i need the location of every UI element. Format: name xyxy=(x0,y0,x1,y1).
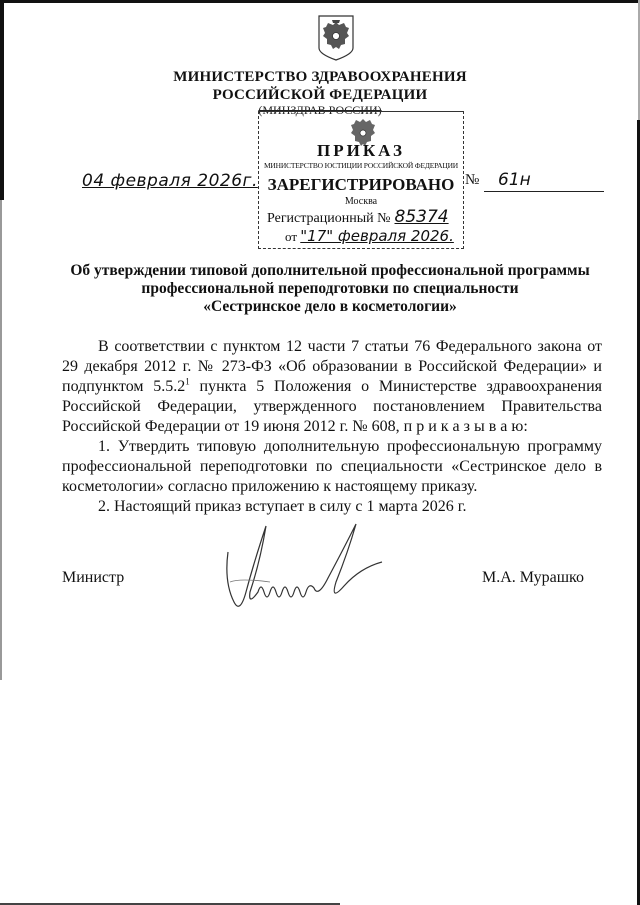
stamp-city: Москва xyxy=(259,196,463,207)
document-body: В соответствии с пунктом 12 части 7 стат… xyxy=(62,337,602,517)
order-number: 61н xyxy=(498,170,531,190)
document-title-line1: Об утверждении типовой дополнительной пр… xyxy=(40,262,620,280)
order-date: 04 февраля 2026г. xyxy=(82,171,258,191)
signatory-name: М.А. Мурашко xyxy=(482,569,584,587)
coat-of-arms-icon xyxy=(316,14,356,62)
stamp-date-value: "17" февраля 2026. xyxy=(300,227,454,245)
order-number-underline xyxy=(484,191,604,192)
document-title-line2: профессиональной переподготовки по специ… xyxy=(40,280,620,298)
ministry-name: МИНИСТЕРСТВО ЗДРАВООХРАНЕНИЯ РОССИЙСКОЙ … xyxy=(0,68,640,104)
stamp-registration-number: Регистрационный №85374 xyxy=(267,207,449,227)
stamp-registration-label: Регистрационный № xyxy=(267,211,391,226)
signatory-role: Министр xyxy=(62,569,124,587)
order-item-1: 1. Утвердить типовую дополнительную проф… xyxy=(62,437,602,497)
handwritten-signature xyxy=(210,522,400,622)
stamp-status: ЗАРЕГИСТРИРОВАНО xyxy=(259,175,463,195)
preamble-paragraph: В соответствии с пунктом 12 части 7 стат… xyxy=(62,337,602,437)
order-number-label: № xyxy=(465,172,479,189)
scan-edge-top xyxy=(0,0,640,3)
scan-edge-left-faint xyxy=(0,200,2,680)
document-title-line3: «Сестринское дело в косметологии» xyxy=(40,298,620,316)
registration-stamp: ПРИКАЗ МИНИСТЕРСТВО ЮСТИЦИИ РОССИЙСКОЙ Ф… xyxy=(258,111,464,249)
stamp-title: ПРИКАЗ xyxy=(259,141,463,161)
stamp-registration-value: 85374 xyxy=(395,207,449,227)
ministry-name-line1: МИНИСТЕРСТВО ЗДРАВООХРАНЕНИЯ xyxy=(0,68,640,86)
stamp-date-prefix: от xyxy=(285,229,297,244)
stamp-authority: МИНИСТЕРСТВО ЮСТИЦИИ РОССИЙСКОЙ ФЕДЕРАЦИ… xyxy=(259,161,463,170)
document-title: Об утверждении типовой дополнительной пр… xyxy=(40,262,620,316)
order-item-2: 2. Настоящий приказ вступает в силу с 1 … xyxy=(62,497,602,517)
ministry-name-line2: РОССИЙСКОЙ ФЕДЕРАЦИИ xyxy=(0,86,640,104)
stamp-registration-date: от "17" февраля 2026. xyxy=(285,227,454,245)
